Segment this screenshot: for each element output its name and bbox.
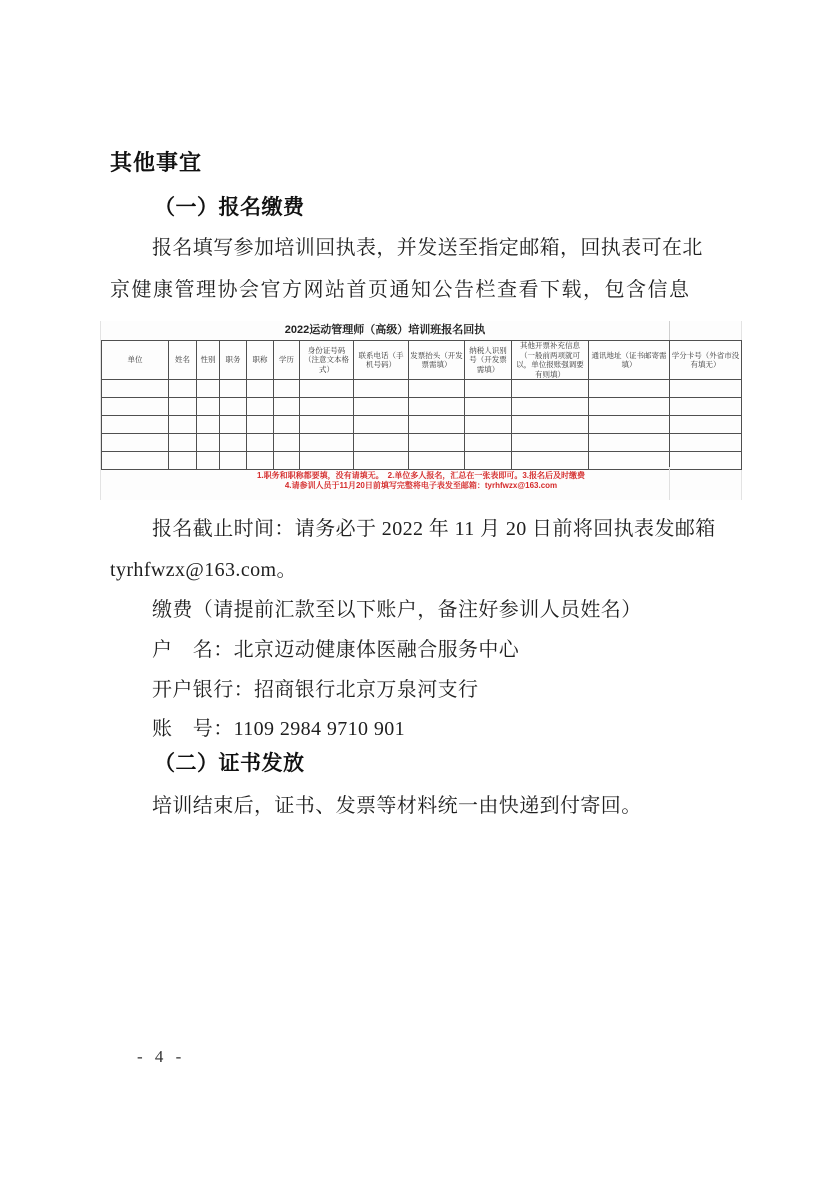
table-cell [354,416,409,434]
table-notes: 1.职务和职称都要填，没有请填无。 2.单位多人报名，汇总在一张表即可。3.报名… [101,467,741,500]
table-cell [409,380,465,398]
table-cell [465,434,512,452]
table-cell [274,380,300,398]
registration-grid: 单位 姓名 性别 职务 职称 学历 身份证号码（注意文本格式） 联系电话（手机号… [101,340,742,470]
table-cell [512,416,589,434]
table-cell [247,416,274,434]
table-cell [670,380,742,398]
table-cell [220,398,247,416]
table-note-line-1: 1.职务和职称都要填，没有请填无。 2.单位多人报名，汇总在一张表即可。3.报名… [101,471,741,481]
table-cell [220,434,247,452]
column-header: 学分卡号（外省市没有填无） [670,341,742,380]
paragraph-1-line-2: 京健康管理协会官方网站首页通知公告栏查看下载，包含信息 [110,273,691,302]
deadline-line-1: 报名截止时间：请务必于 2022 年 11 月 20 日前将回执表发邮箱 [152,512,716,541]
table-cell [409,416,465,434]
table-cell [300,380,354,398]
table-cell [589,398,670,416]
table-cell [589,380,670,398]
column-header: 通讯地址（证书邮寄需填） [589,341,670,380]
table-cell [465,398,512,416]
column-header: 纳税人识别号（开发票需填） [465,341,512,380]
table-title-row: 2022运动管理师（高级）培训班报名回执 [101,321,741,340]
table-row [102,434,742,452]
table-cell [169,434,197,452]
table-cell [512,398,589,416]
table-cell [169,380,197,398]
page-title: 其他事宜 [110,146,202,177]
table-title: 2022运动管理师（高级）培训班报名回执 [101,321,669,340]
table-cell [197,434,220,452]
column-header: 姓名 [169,341,197,380]
table-cell [220,380,247,398]
column-header: 单位 [102,341,169,380]
table-cell [220,416,247,434]
table-cell [274,416,300,434]
account-name: 户 名：北京迈动健康体医融合服务中心 [152,633,519,662]
column-header: 身份证号码（注意文本格式） [300,341,354,380]
table-title-divider [669,321,670,340]
column-header: 联系电话（手机号码） [354,341,409,380]
table-cell [409,398,465,416]
table-cell [409,434,465,452]
bank-name: 开户银行：招商银行北京万泉河支行 [152,673,478,702]
table-header-row: 单位 姓名 性别 职务 职称 学历 身份证号码（注意文本格式） 联系电话（手机号… [102,341,742,380]
table-cell [274,398,300,416]
table-cell [197,398,220,416]
table-cell [670,416,742,434]
page-number: - 4 - [137,1047,185,1067]
column-header: 学历 [274,341,300,380]
table-cell [197,380,220,398]
table-cell [512,380,589,398]
paragraph-2: 培训结束后，证书、发票等材料统一由快递到付寄回。 [152,789,642,818]
table-cell [169,416,197,434]
table-cell [102,380,169,398]
table-cell [465,416,512,434]
table-cell [589,434,670,452]
table-cell [670,434,742,452]
column-header: 其他开票补充信息（一般前两项就可以，单位报账强调要有则填） [512,341,589,380]
subsection-1-heading: （一）报名缴费 [154,191,305,221]
table-row [102,398,742,416]
table-cell [300,434,354,452]
table-cell [102,434,169,452]
table-cell [465,380,512,398]
paragraph-1-line-1: 报名填写参加培训回执表，并发送至指定邮箱，回执表可在北 [152,231,703,260]
table-cell [300,398,354,416]
table-cell [102,398,169,416]
table-cell [354,380,409,398]
document-page: 其他事宜 （一）报名缴费 报名填写参加培训回执表，并发送至指定邮箱，回执表可在北… [0,0,840,1187]
table-cell [512,434,589,452]
table-note-line-2: 4.请参训人员于11月20日前填写完整将电子表发至邮箱：tyrhfwzx@163… [101,481,741,491]
payment-intro: 缴费（请提前汇款至以下账户，备注好参训人员姓名） [152,593,642,622]
column-header: 发票抬头（开发票需填） [409,341,465,380]
table-cell [169,398,197,416]
column-header: 职称 [247,341,274,380]
table-cell [102,416,169,434]
table-notes-divider [669,467,670,500]
table-row [102,380,742,398]
deadline-line-2-email: tyrhfwzx@163.com。 [110,553,297,582]
registration-form-table: 2022运动管理师（高级）培训班报名回执 单位 姓名 性别 职务 职称 学历 [100,321,742,500]
table-cell [670,398,742,416]
table-cell [197,416,220,434]
table-cell [247,434,274,452]
table-cell [300,416,354,434]
table-cell [247,380,274,398]
table-row [102,416,742,434]
column-header: 职务 [220,341,247,380]
column-header: 性别 [197,341,220,380]
table-cell [274,434,300,452]
table-cell [354,434,409,452]
account-number: 账 号：1109 2984 9710 901 [152,712,405,741]
table-cell [354,398,409,416]
table-cell [589,416,670,434]
subsection-2-heading: （二）证书发放 [154,747,305,777]
table-cell [247,398,274,416]
